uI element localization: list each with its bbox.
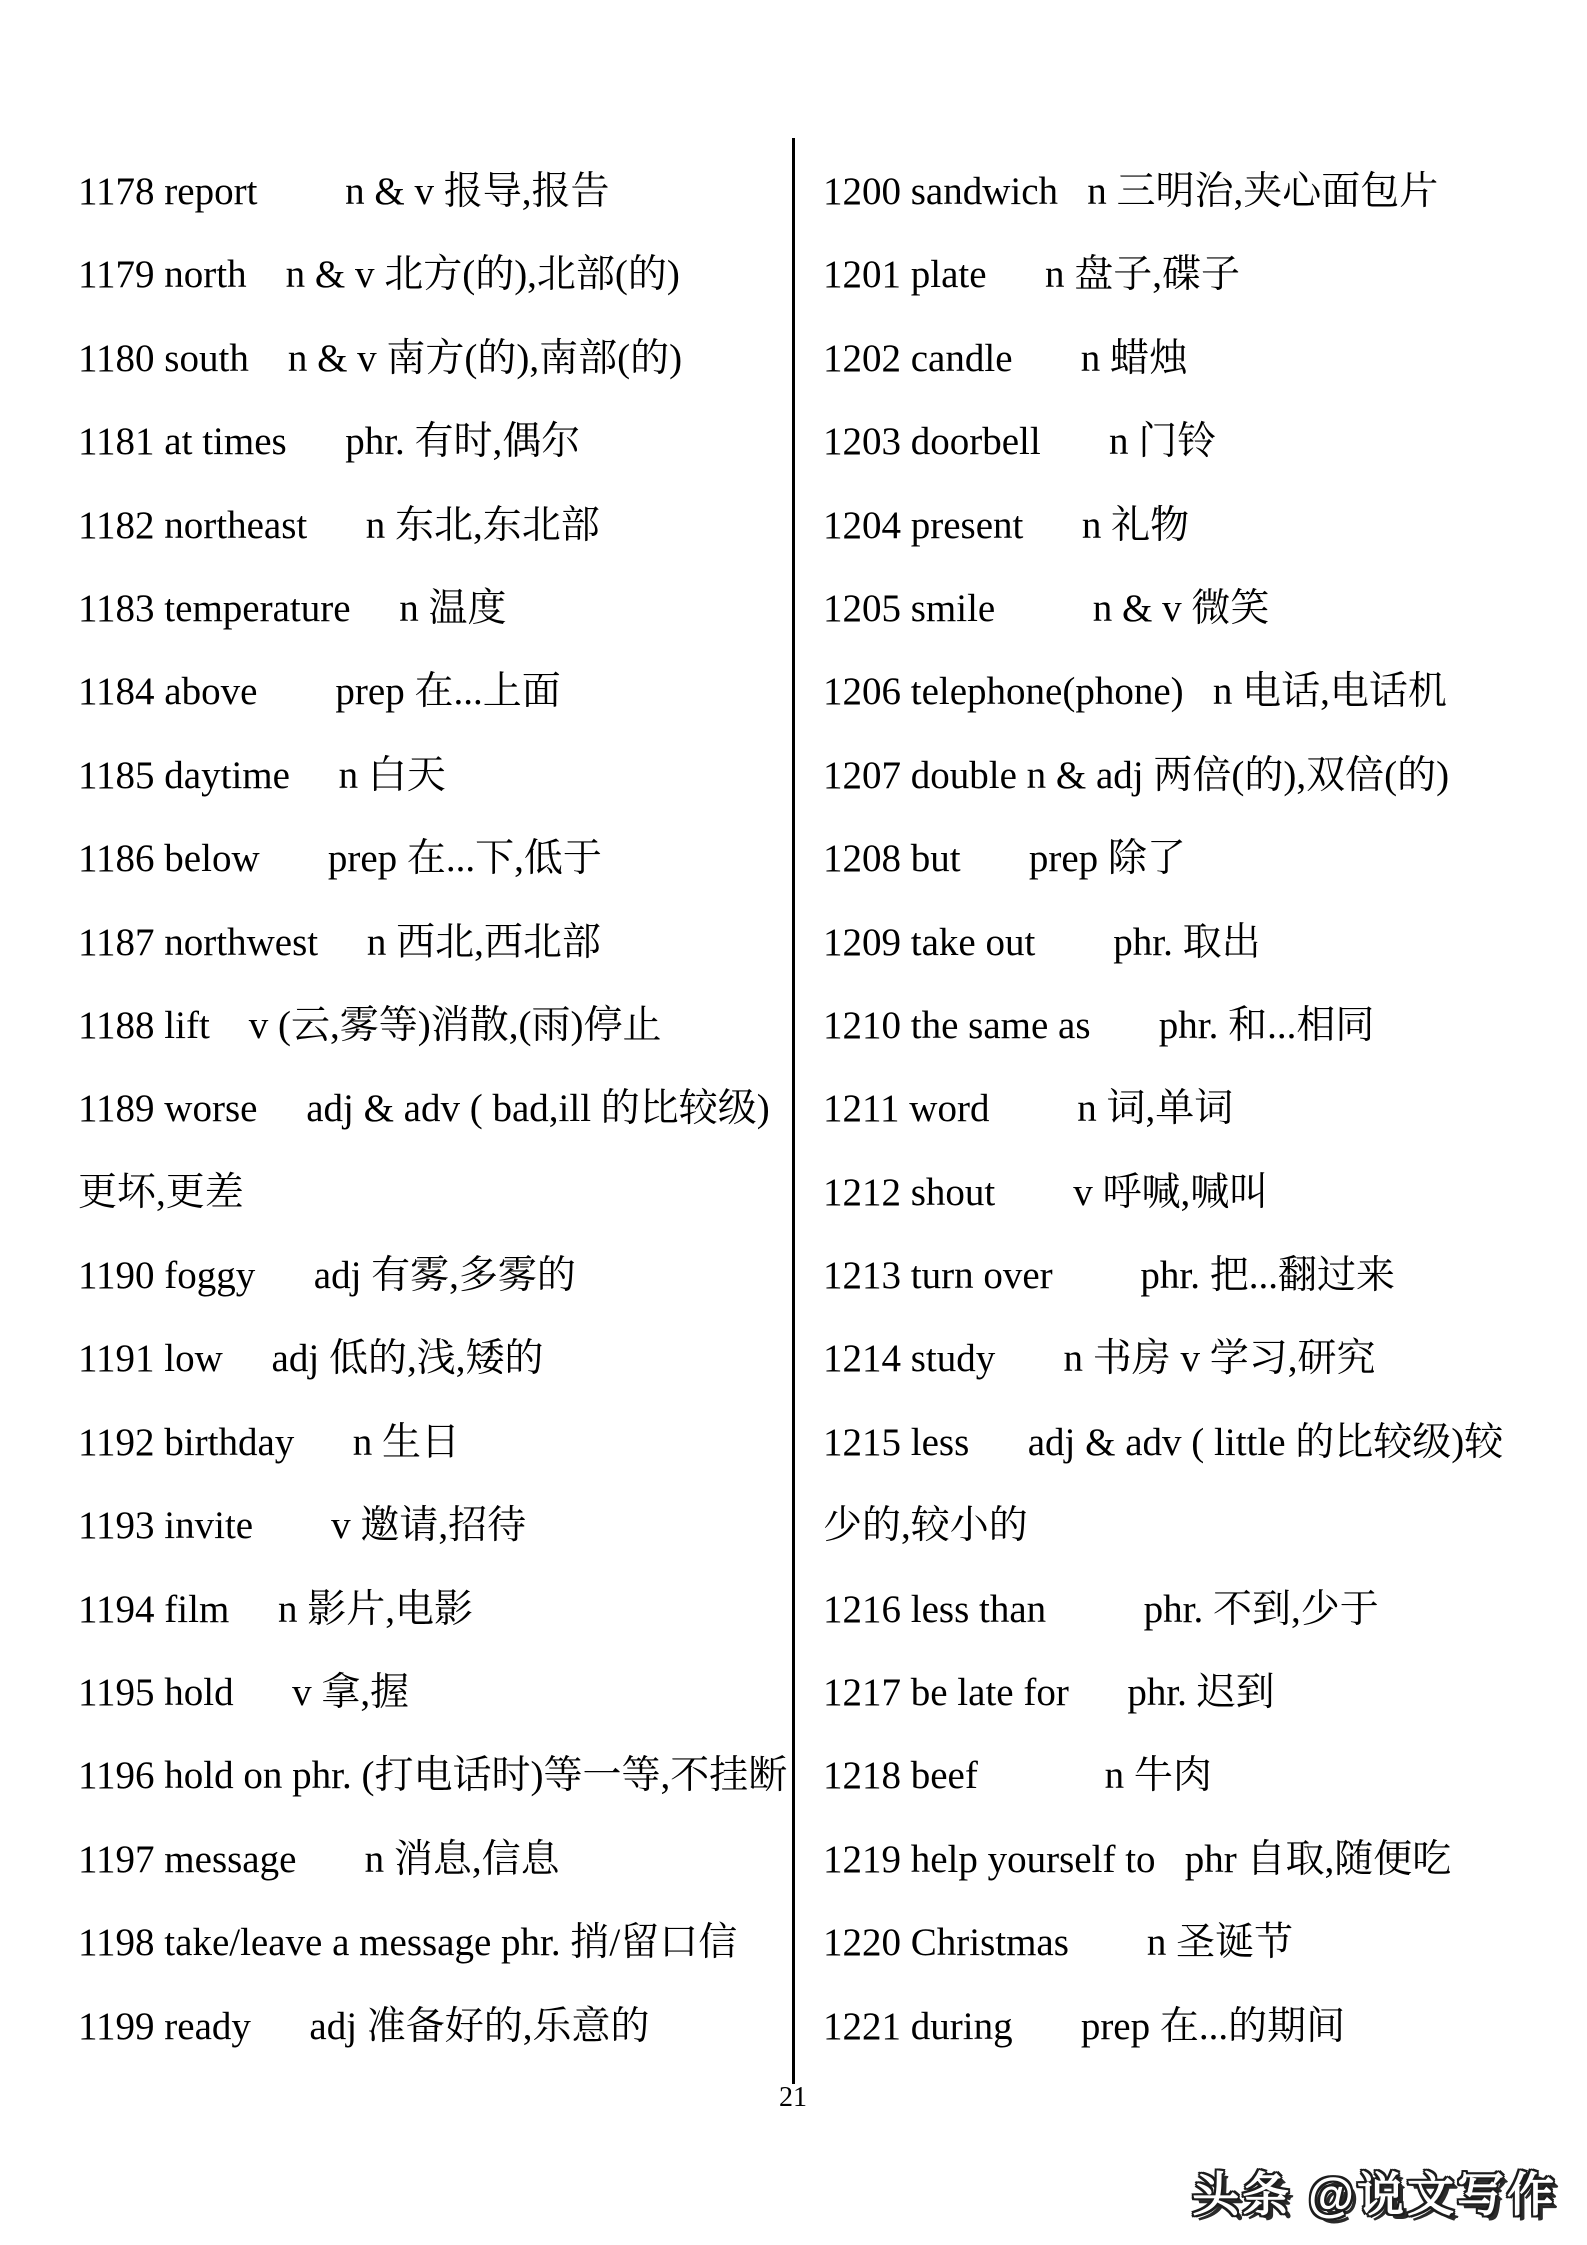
vocab-entry: 1218 beef n 牛肉 (823, 1734, 1503, 1817)
vocab-entry: 1187 northwest n 西北,西北部 (78, 901, 787, 984)
vocab-entry: 1191 low adj 低的,浅,矮的 (78, 1317, 787, 1400)
vocab-entry: 1201 plate n 盘子,碟子 (823, 233, 1503, 316)
vocab-entry: 1205 smile n & v 微笑 (823, 567, 1503, 650)
vocab-entry: 1185 daytime n 白天 (78, 734, 787, 817)
vocab-entry: 1183 temperature n 温度 (78, 567, 787, 650)
vocab-entry: 1184 above prep 在...上面 (78, 650, 787, 733)
vocab-entry: 1195 hold v 拿,握 (78, 1651, 787, 1734)
vocab-entry: 1213 turn over phr. 把...翻过来 (823, 1234, 1503, 1317)
vocab-entry: 1204 present n 礼物 (823, 484, 1503, 567)
vocab-entry: 1220 Christmas n 圣诞节 (823, 1901, 1503, 1984)
vocab-entry: 1197 message n 消息,信息 (78, 1818, 787, 1901)
vocab-entry: 1193 invite v 邀请,招待 (78, 1484, 787, 1567)
vocab-entry: 1214 study n 书房 v 学习,研究 (823, 1317, 1503, 1400)
vocab-entry: 1200 sandwich n 三明治,夹心面包片 (823, 150, 1503, 233)
vocab-entry: 1198 take/leave a message phr. 捎/留口信 (78, 1901, 787, 1984)
vocab-entry: 1215 less adj & adv ( little 的比较级)较 (823, 1401, 1503, 1484)
vocab-entry: 1219 help yourself to phr 自取,随便吃 (823, 1818, 1503, 1901)
vocab-page: 1178 report n & v 报导,报告1179 north n & v … (0, 0, 1587, 2245)
vocab-entry: 1212 shout v 呼喊,喊叫 (823, 1151, 1503, 1234)
vocab-entry: 1181 at times phr. 有时,偶尔 (78, 400, 787, 483)
watermark: 头条 @说文写作 (1192, 2158, 1557, 2225)
vocab-entry: 1189 worse adj & adv ( bad,ill 的比较级) (78, 1067, 787, 1150)
vocab-entry: 1221 during prep 在...的期间 (823, 1985, 1503, 2068)
vocab-entry: 1188 lift v (云,雾等)消散,(雨)停止 (78, 984, 787, 1067)
vocab-entry: 1217 be late for phr. 迟到 (823, 1651, 1503, 1734)
vocab-entry: 1182 northeast n 东北,东北部 (78, 484, 787, 567)
vocab-entry: 1207 double n & adj 两倍(的),双倍(的) (823, 734, 1503, 817)
vocab-entry: 1192 birthday n 生日 (78, 1401, 787, 1484)
vocab-entry-continuation: 更坏,更差 (78, 1151, 787, 1234)
vocab-entry: 1190 foggy adj 有雾,多雾的 (78, 1234, 787, 1317)
vocab-entry: 1199 ready adj 准备好的,乐意的 (78, 1985, 787, 2068)
vocab-entry-continuation: 少的,较小的 (823, 1484, 1503, 1567)
page-number: 21 (758, 2082, 828, 2114)
column-divider (792, 138, 795, 2084)
vocab-entry: 1206 telephone(phone) n 电话,电话机 (823, 650, 1503, 733)
vocab-entry: 1196 hold on phr. (打电话时)等一等,不挂断 (78, 1734, 787, 1817)
vocab-entry: 1194 film n 影片,电影 (78, 1568, 787, 1651)
vocab-entry: 1179 north n & v 北方(的),北部(的) (78, 233, 787, 316)
vocab-entry: 1186 below prep 在...下,低于 (78, 817, 787, 900)
vocab-entry: 1216 less than phr. 不到,少于 (823, 1568, 1503, 1651)
vocab-entry: 1180 south n & v 南方(的),南部(的) (78, 317, 787, 400)
vocab-entry: 1208 but prep 除了 (823, 817, 1503, 900)
left-column: 1178 report n & v 报导,报告1179 north n & v … (78, 150, 787, 2068)
vocab-entry: 1203 doorbell n 门铃 (823, 400, 1503, 483)
vocab-entry: 1209 take out phr. 取出 (823, 901, 1503, 984)
right-column: 1200 sandwich n 三明治,夹心面包片1201 plate n 盘子… (823, 150, 1503, 2068)
vocab-entry: 1202 candle n 蜡烛 (823, 317, 1503, 400)
vocab-entry: 1211 word n 词,单词 (823, 1067, 1503, 1150)
vocab-entry: 1210 the same as phr. 和...相同 (823, 984, 1503, 1067)
vocab-entry: 1178 report n & v 报导,报告 (78, 150, 787, 233)
